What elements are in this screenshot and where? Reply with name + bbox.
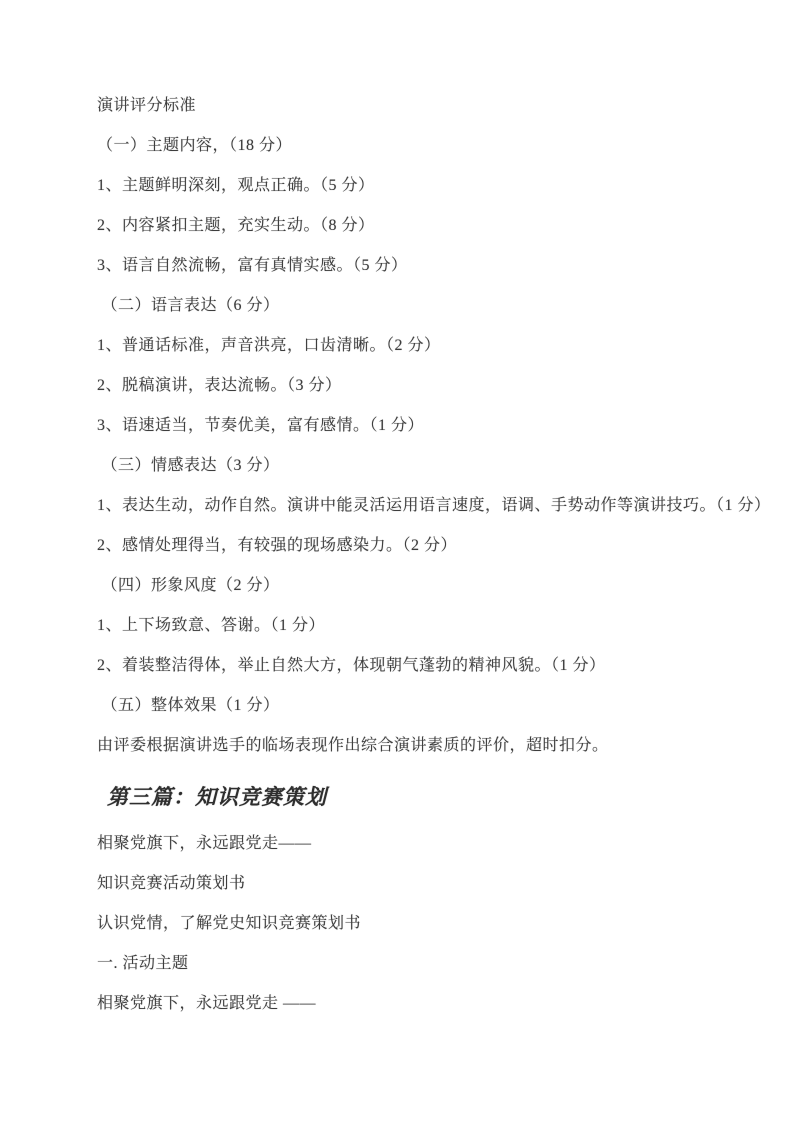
paragraph: 1、表达生动，动作自然。演讲中能灵活运用语言速度，语调、手势动作等演讲技巧。（1…	[97, 486, 765, 526]
section-five-header: （五）整体效果（1 分）	[97, 686, 765, 726]
paragraph: 2、着装整洁得体，举止自然大方，体现朝气蓬勃的精神风貌。（1 分）	[97, 646, 765, 686]
paragraph: 认识党情，了解党史知识竞赛策划书	[97, 904, 765, 944]
paragraph: 2、脱稿演讲，表达流畅。（3 分）	[97, 366, 765, 406]
section-three-header: （三）情感表达（3 分）	[97, 446, 765, 486]
paragraph: 1、上下场致意、答谢。（1 分）	[97, 606, 765, 646]
paragraph: 3、语速适当，节奏优美，富有感情。（1 分）	[97, 406, 765, 446]
chapter-heading: 第三篇：知识竞赛策划	[97, 774, 765, 820]
section-four-header: （四）形象风度（2 分）	[97, 566, 765, 606]
document-page: 演讲评分标准 （一）主题内容，（18 分） 1、主题鲜明深刻，观点正确。（5 分…	[0, 0, 800, 1132]
paragraph: 2、感情处理得当，有较强的现场感染力。（2 分）	[97, 526, 765, 566]
document-body: 演讲评分标准 （一）主题内容，（18 分） 1、主题鲜明深刻，观点正确。（5 分…	[97, 86, 765, 1024]
paragraph: 知识竞赛活动策划书	[97, 864, 765, 904]
paragraph: 由评委根据演讲选手的临场表现作出综合演讲素质的评价，超时扣分。	[97, 726, 765, 766]
paragraph: 3、语言自然流畅，富有真情实感。（5 分）	[97, 246, 765, 286]
doc-title-line: 演讲评分标准	[97, 86, 765, 126]
section-two-header: （二）语言表达（6 分）	[97, 286, 765, 326]
paragraph: 相聚党旗下，永远跟党走——	[97, 824, 765, 864]
paragraph: 2、内容紧扣主题，充实生动。（8 分）	[97, 206, 765, 246]
paragraph: 1、主题鲜明深刻，观点正确。（5 分）	[97, 166, 765, 206]
section-one-header: （一）主题内容，（18 分）	[97, 126, 765, 166]
activity-theme-header: 一. 活动主题	[97, 944, 765, 984]
paragraph: 相聚党旗下，永远跟党走 ——	[97, 984, 765, 1024]
paragraph: 1、普通话标准，声音洪亮，口齿清晰。（2 分）	[97, 326, 765, 366]
